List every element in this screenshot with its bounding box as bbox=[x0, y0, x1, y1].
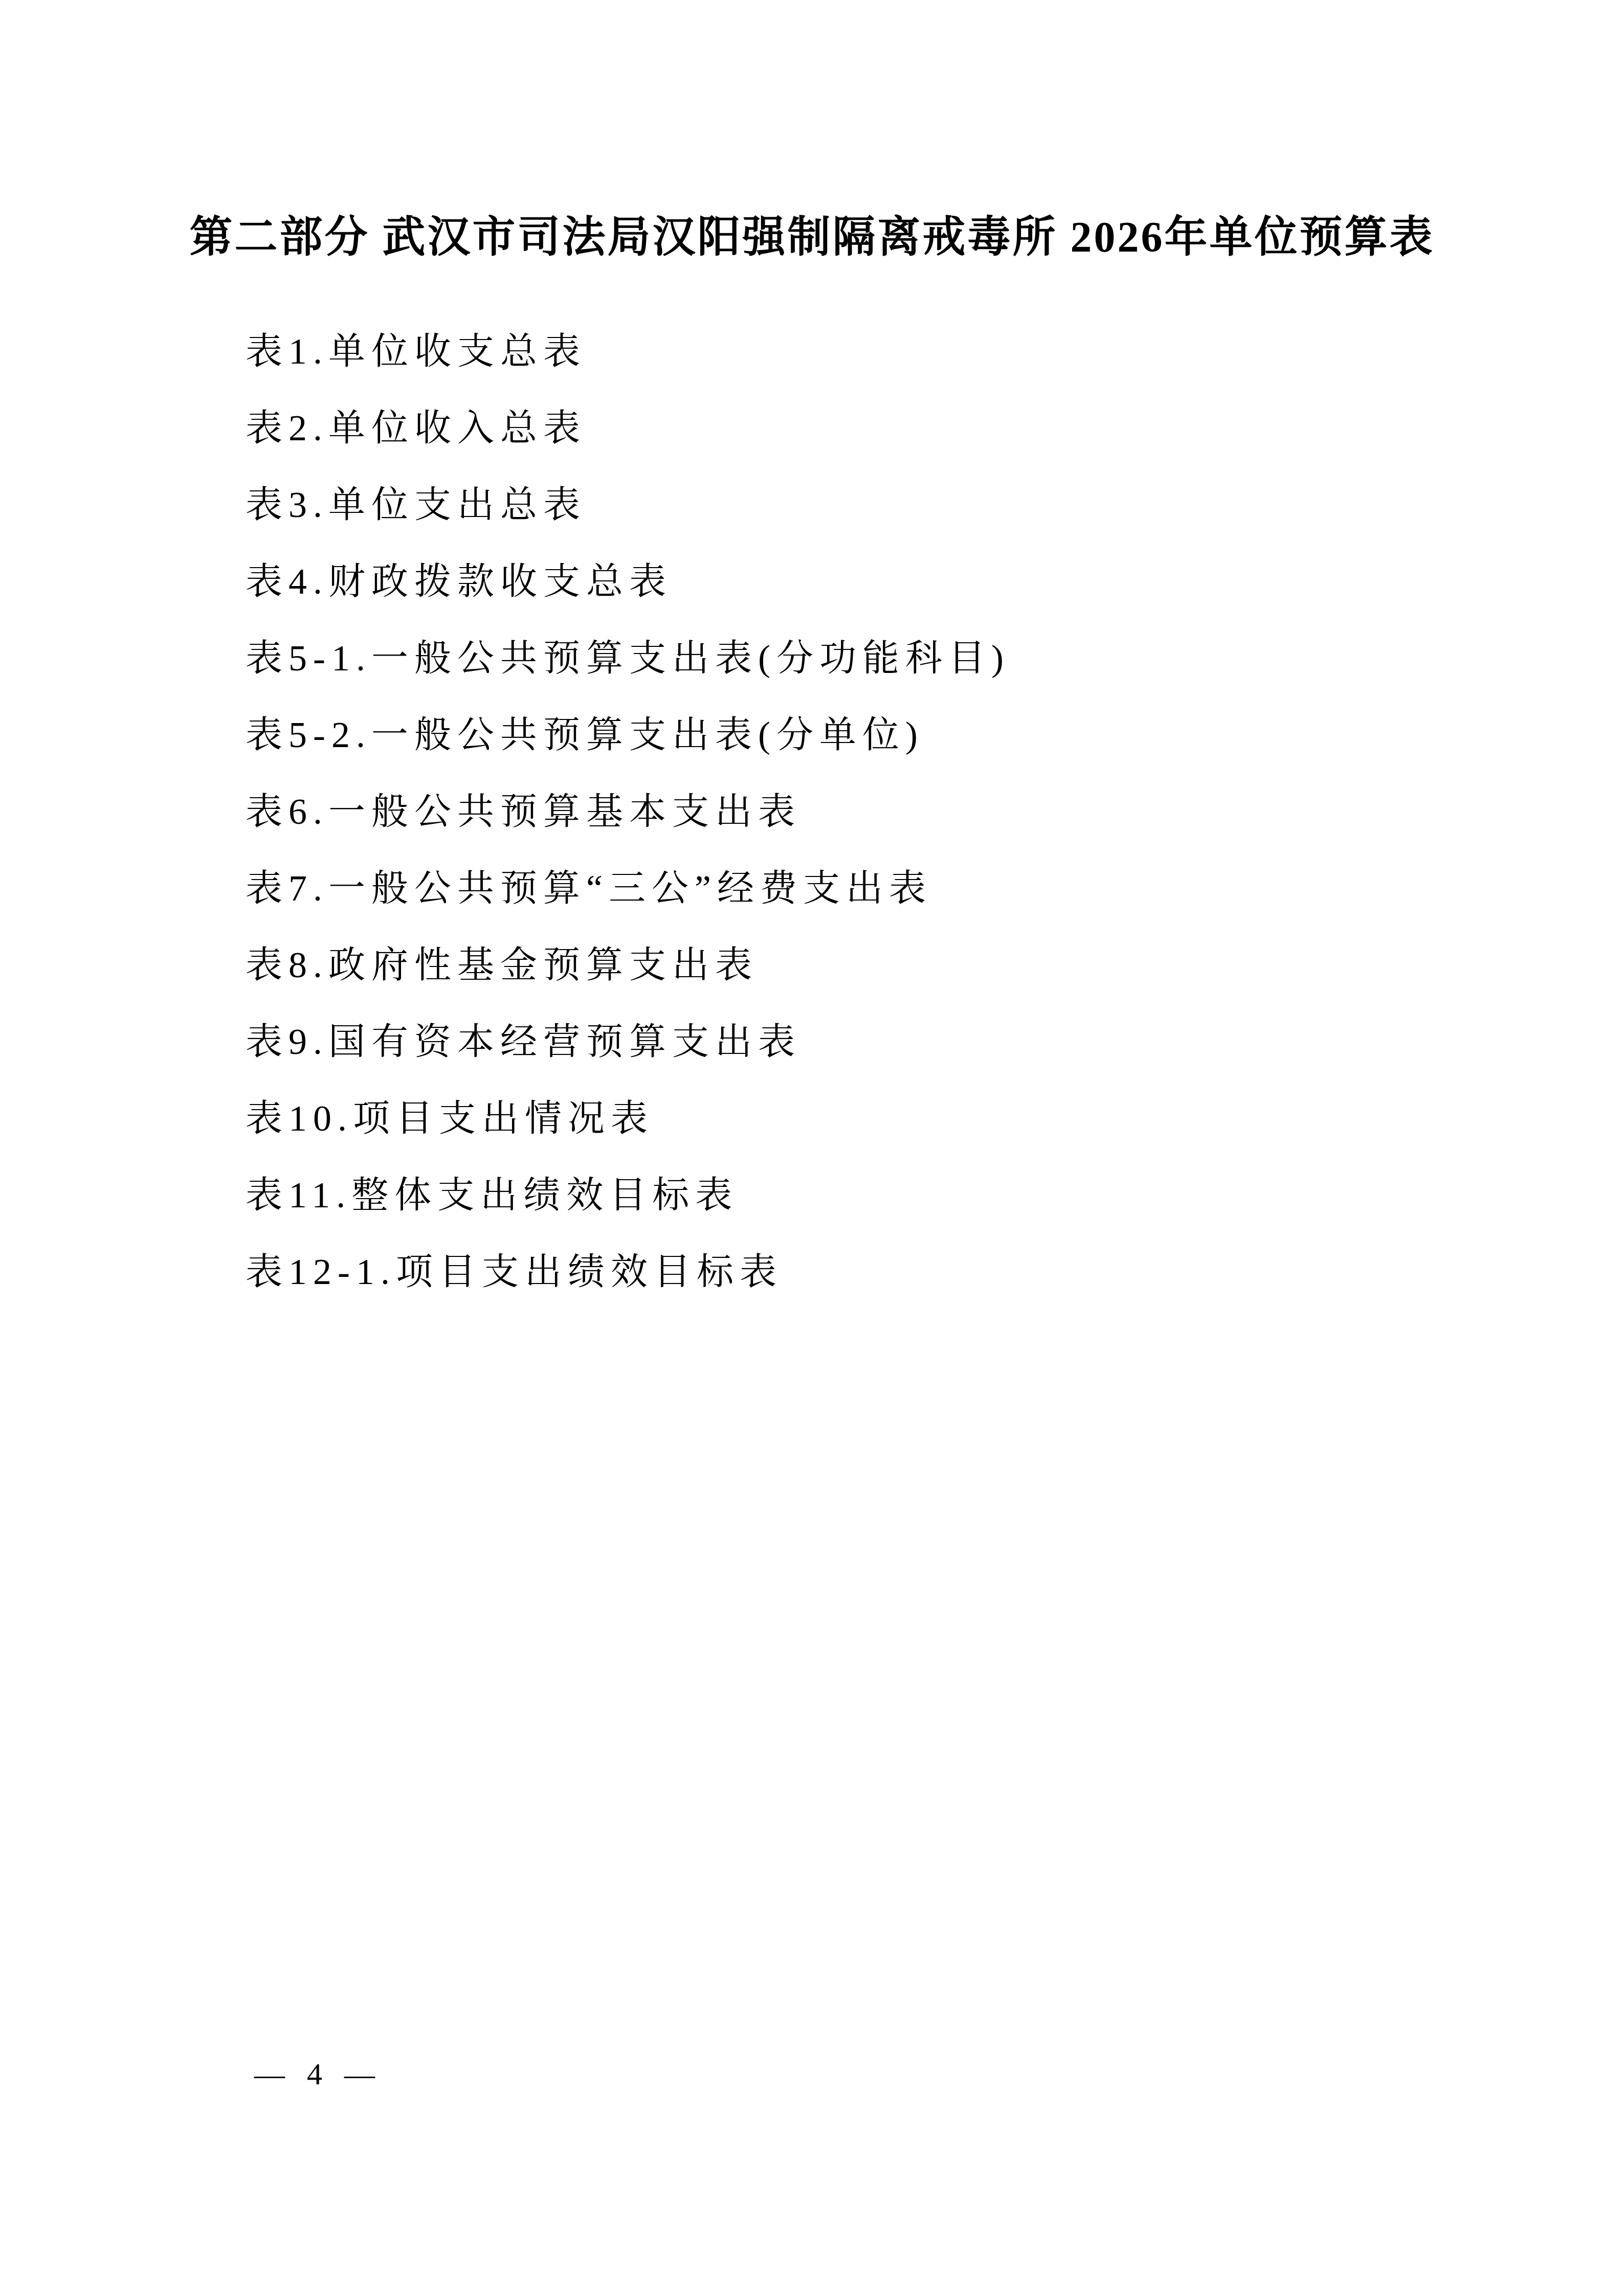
document-title: 第二部分 武汉市司法局汉阳强制隔离戒毒所 2026年单位预算表 bbox=[0, 202, 1624, 264]
table-of-tables-list: 表1.单位收支总表 表2.单位收入总表 表3.单位支出总表 表4.财政拨款收支总… bbox=[246, 313, 1010, 1310]
table-list-item: 表9.国有资本经营预算支出表 bbox=[246, 1003, 1010, 1080]
table-list-item: 表3.单位支出总表 bbox=[246, 466, 1010, 543]
table-list-item: 表2.单位收入总表 bbox=[246, 390, 1010, 466]
table-list-item: 表4.财政拨款收支总表 bbox=[246, 543, 1010, 620]
table-list-item: 表5-2.一般公共预算支出表(分单位) bbox=[246, 696, 1010, 773]
document-page: 第二部分 武汉市司法局汉阳强制隔离戒毒所 2026年单位预算表 表1.单位收支总… bbox=[0, 0, 1624, 2296]
page-number: — 4 — bbox=[254, 2057, 382, 2092]
table-list-item: 表7.一般公共预算“三公”经费支出表 bbox=[246, 850, 1010, 927]
table-list-item: 表11.整体支出绩效目标表 bbox=[246, 1157, 1010, 1233]
table-list-item: 表12-1.项目支出绩效目标表 bbox=[246, 1233, 1010, 1310]
table-list-item: 表6.一般公共预算基本支出表 bbox=[246, 773, 1010, 850]
table-list-item: 表1.单位收支总表 bbox=[246, 313, 1010, 390]
table-list-item: 表5-1.一般公共预算支出表(分功能科目) bbox=[246, 620, 1010, 696]
table-list-item: 表8.政府性基金预算支出表 bbox=[246, 927, 1010, 1003]
table-list-item: 表10.项目支出情况表 bbox=[246, 1080, 1010, 1157]
